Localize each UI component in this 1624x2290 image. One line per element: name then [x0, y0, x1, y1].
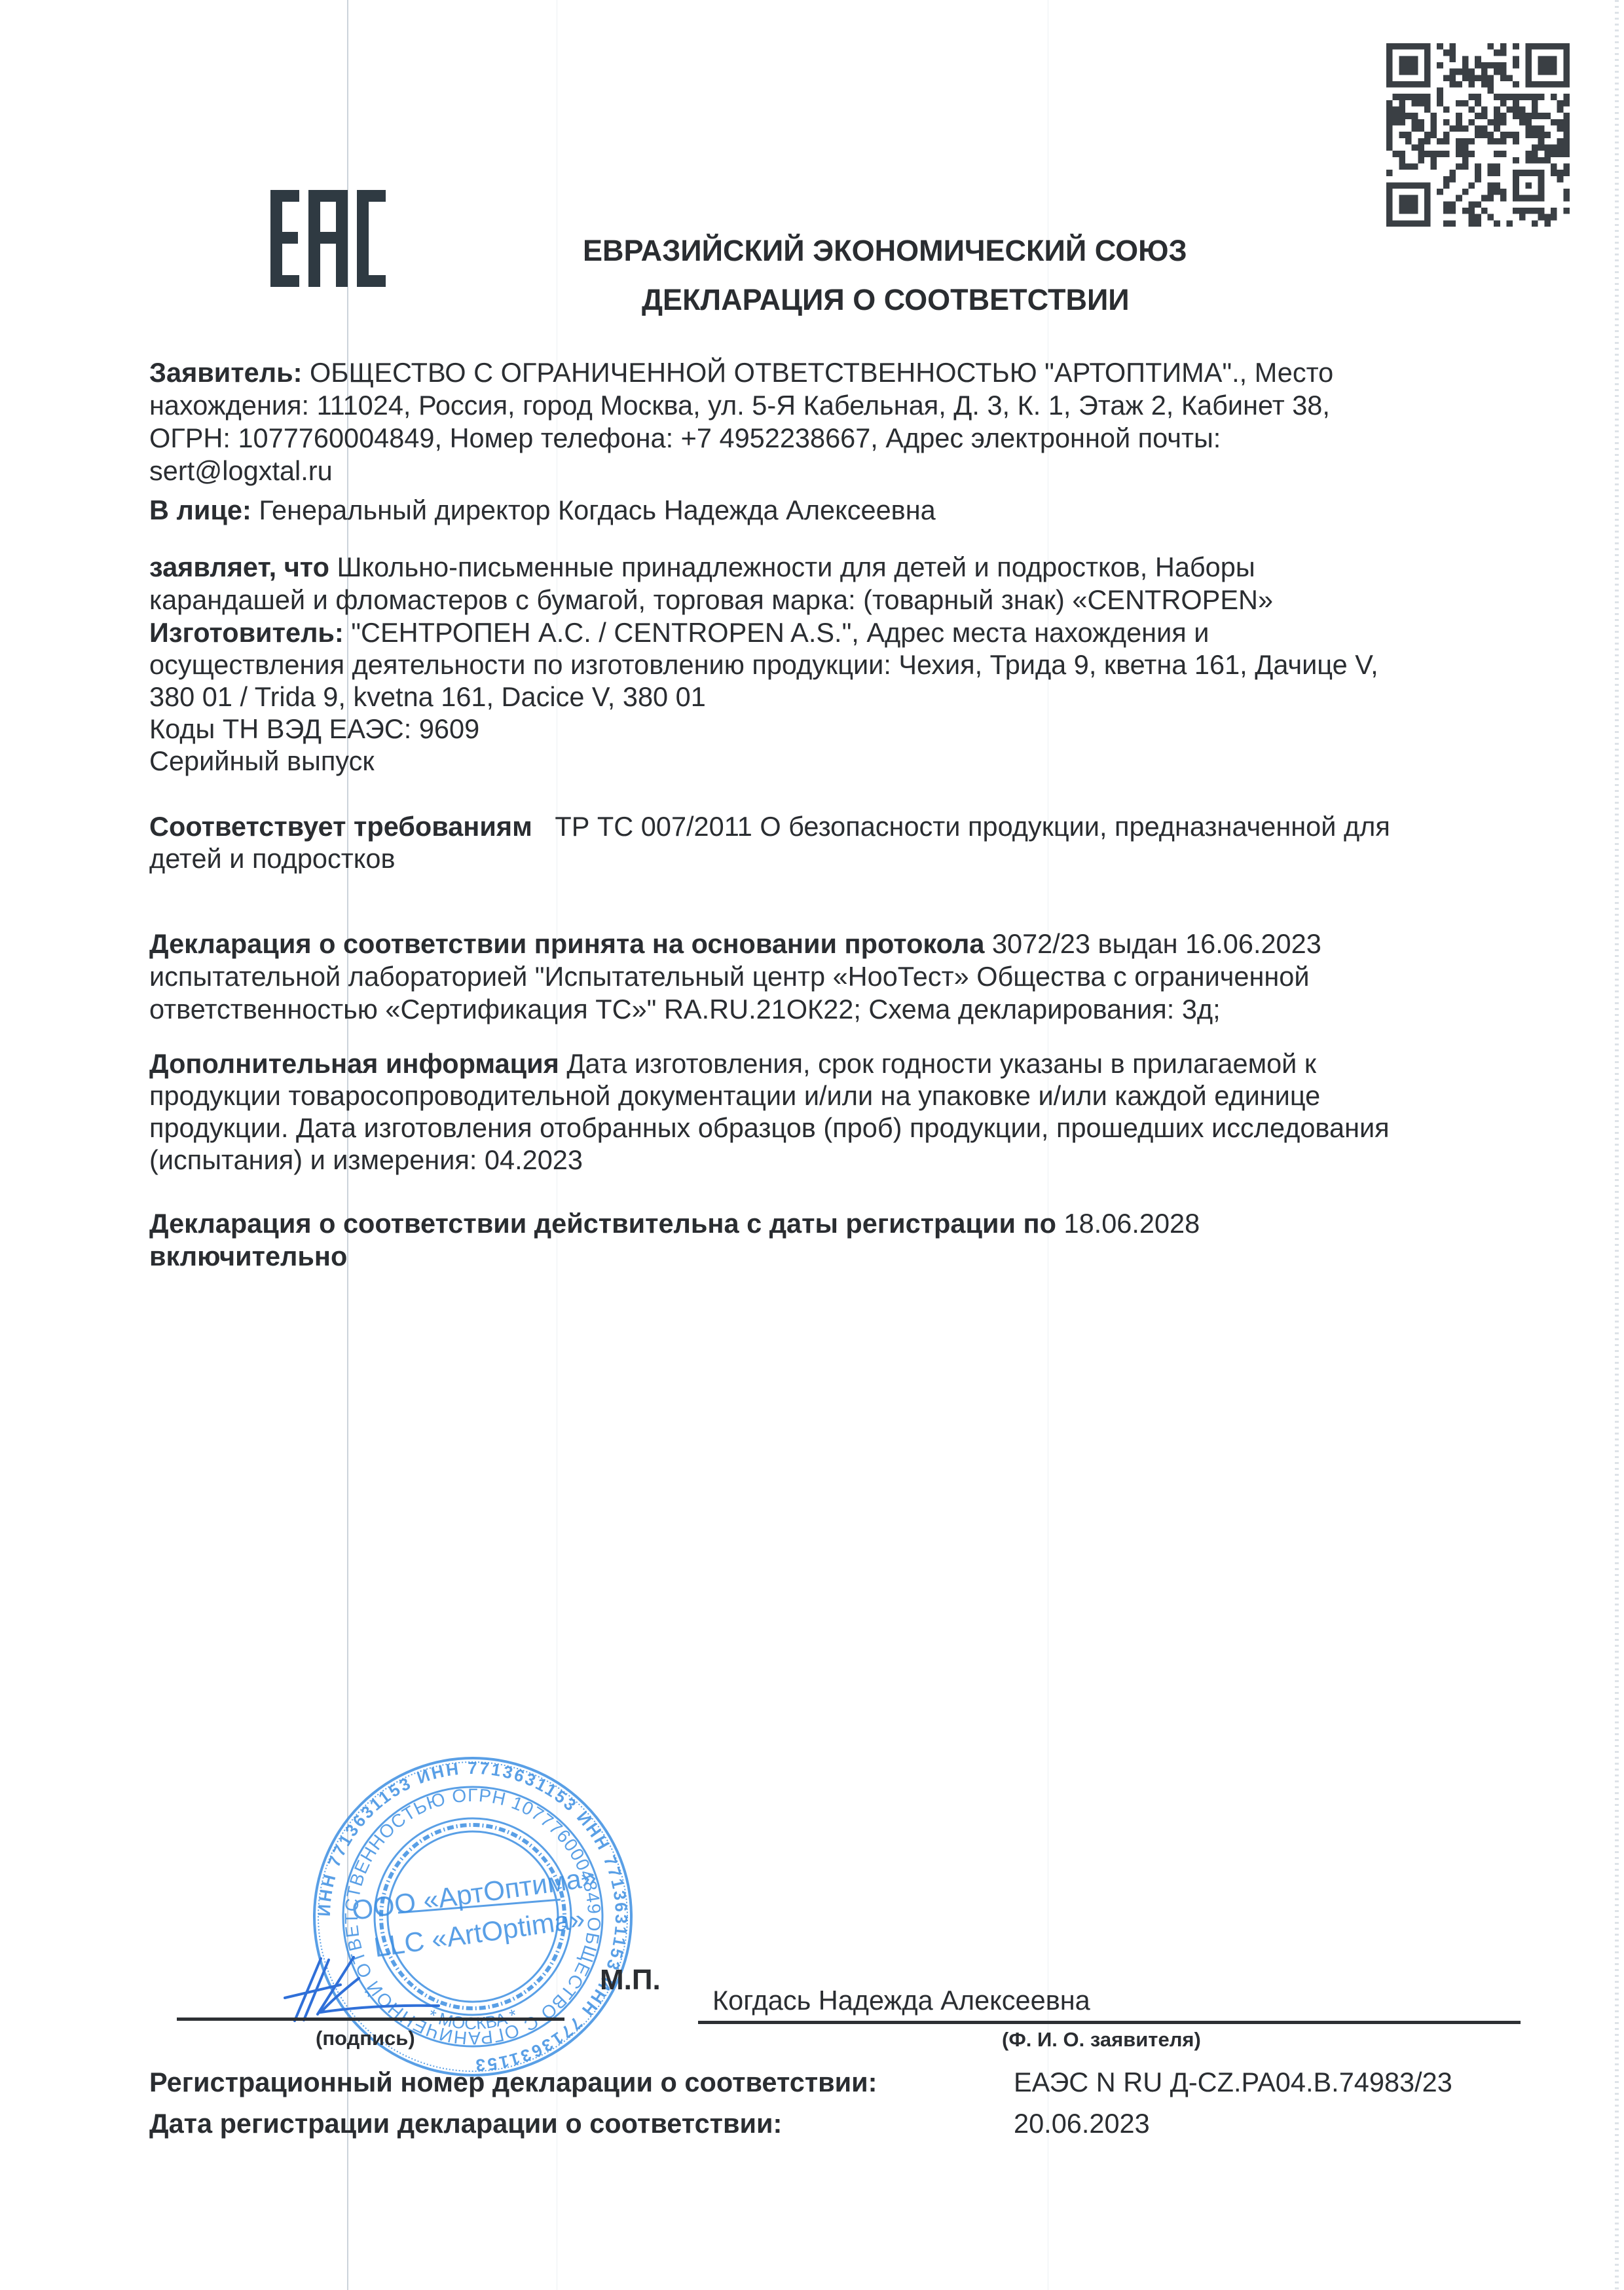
basis-line: Декларация о соответствии принята на осн…	[149, 930, 1321, 958]
manufacturer-label: Изготовитель:	[149, 617, 344, 648]
basis-line: испытательной лабораторией "Испытательны…	[149, 963, 1310, 990]
handwritten-signature-icon	[282, 1952, 478, 2024]
registration-number-value: ЕАЭС N RU Д-CZ.PA04.B.74983/23	[1014, 2067, 1452, 2098]
basis-line: ответственностью «Сертификация ТС»" RA.R…	[149, 996, 1221, 1023]
additional-line: продукции. Дата изготовления отобранных …	[149, 1114, 1390, 1142]
applicant-label: Заявитель:	[149, 357, 302, 388]
declares-line: заявляет, что Школьно-письменные принадл…	[149, 554, 1255, 581]
manufacturer-line: 380 01 / Trida 9, kvetna 161, Dacice V, …	[149, 683, 706, 711]
representative-label: В лице:	[149, 495, 251, 525]
signature-line	[177, 2018, 564, 2021]
union-title: ЕВРАЗИЙСКИЙ ЭКОНОМИЧЕСКИЙ СОЮЗ	[583, 234, 1187, 268]
product-line: карандашей и фломастеров с бумагой, торг…	[149, 586, 1273, 614]
eac-logo-icon	[270, 190, 386, 287]
name-line	[698, 2021, 1521, 2024]
applicant-text: ОБЩЕСТВО С ОГРАНИЧЕННОЙ ОТВЕТСТВЕННОСТЬЮ…	[302, 357, 1333, 388]
basis-label: Декларация о соответствии принята на осн…	[149, 928, 984, 959]
additional-line: Дополнительная информация Дата изготовле…	[149, 1050, 1316, 1078]
additional-line: продукции товаросопроводительной докумен…	[149, 1082, 1320, 1110]
conformity-line: детей и подростков	[149, 845, 396, 873]
validity-date: 18.06.2028	[1056, 1208, 1200, 1239]
representative-line: В лице: Генеральный директор Когдась Над…	[149, 497, 936, 524]
protocol-text: 3072/23 выдан 16.06.2023	[984, 928, 1321, 959]
applicant-line: нахождения: 111024, Россия, город Москва…	[149, 392, 1330, 419]
registration-date-value: 20.06.2023	[1014, 2108, 1150, 2139]
conformity-line: Соответствует требованиям ТР ТС 007/2011…	[149, 813, 1390, 840]
regulation-text: ТР ТС 007/2011 О безопасности продукции,…	[532, 811, 1390, 842]
registration-number-label: Регистрационный номер декларации о соотв…	[149, 2067, 877, 2098]
applicant-email: sert@logxtal.ru	[149, 457, 333, 485]
scan-artifact-line	[1048, 0, 1048, 2290]
manufacturer-text: "СЕНТРОПЕН А.С. / CENTROPEN A.S.", Адрес…	[344, 617, 1209, 648]
registration-date-label: Дата регистрации декларации о соответств…	[149, 2108, 782, 2139]
validity-line: Декларация о соответствии действительна …	[149, 1210, 1200, 1237]
manufacturer-line: осуществления деятельности по изготовлен…	[149, 651, 1378, 679]
applicant-line: Заявитель: ОБЩЕСТВО С ОГРАНИЧЕННОЙ ОТВЕТ…	[149, 359, 1333, 386]
name-caption: (Ф. И. О. заявителя)	[1002, 2028, 1201, 2052]
additional-label: Дополнительная информация	[149, 1048, 559, 1079]
applicant-line: ОГРН: 1077760004849, Номер телефона: +7 …	[149, 424, 1221, 452]
product-text: Школьно-письменные принадлежности для де…	[329, 552, 1255, 582]
conformity-label: Соответствует требованиям	[149, 811, 532, 842]
declares-label: заявляет, что	[149, 552, 329, 582]
seal-mark: М.П.	[600, 1964, 661, 1997]
validity-label: Декларация о соответствии действительна …	[149, 1208, 1056, 1239]
scan-edge	[1615, 0, 1619, 2290]
qr-code-icon[interactable]	[1386, 41, 1570, 229]
additional-line: (испытания) и измерения: 04.2023	[149, 1146, 583, 1174]
production-type: Серийный выпуск	[149, 747, 375, 775]
manufacturer-line: Изготовитель: "СЕНТРОПЕН А.С. / CENTROPE…	[149, 619, 1209, 647]
additional-text: Дата изготовления, срок годности указаны…	[559, 1048, 1316, 1079]
document-title: ДЕКЛАРАЦИЯ О СООТВЕТСТВИИ	[642, 283, 1130, 317]
hs-codes: Коды ТН ВЭД ЕАЭС: 9609	[149, 715, 479, 743]
representative-value: Генеральный директор Когдась Надежда Але…	[251, 495, 936, 525]
signer-name: Когдась Надежда Алексеевна	[712, 1985, 1090, 2016]
validity-line-cont: включительно	[149, 1243, 347, 1270]
signature-caption: (подпись)	[316, 2027, 415, 2050]
